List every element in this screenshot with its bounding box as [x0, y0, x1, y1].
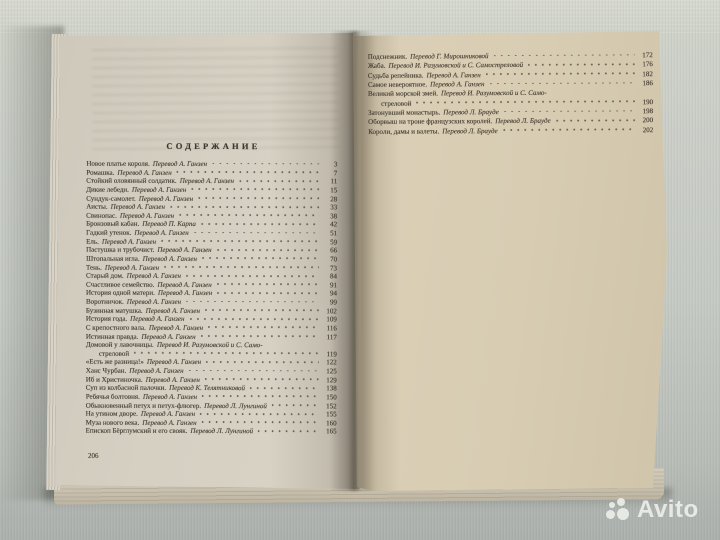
toc-entry-page: 84: [324, 272, 337, 281]
toc-entry-title: Старый дом.: [86, 272, 124, 281]
toc-entry-title: стреловой: [381, 99, 411, 109]
toc-entry-page: 165: [324, 428, 337, 437]
contents-list-left: Новое платье короля.Перевод А. Ганзен3Ро…: [86, 160, 338, 437]
toc-entry-title: Тень.: [86, 263, 102, 272]
toc-entry-translator: Перевод А. Ганзен: [105, 263, 159, 272]
toc-entry-title: Муза нового века.: [86, 418, 140, 427]
toc-entry-page: 150: [324, 393, 337, 402]
dot-leader: [502, 113, 635, 114]
toc-entry-title: «Есть же разница!»: [86, 358, 144, 367]
toc-entry-title: Бронзовый кабан.: [86, 220, 139, 229]
toc-entry-translator: Перевод А. Ганзен: [180, 177, 234, 186]
toc-entry-title: Самое невероятное.: [368, 81, 427, 91]
toc-entry-title: Судьба репейника.: [368, 71, 424, 81]
toc-entry-page: 138: [324, 385, 337, 394]
toc-entry-translator: Перевод К. Телятниковой: [169, 384, 245, 393]
toc-entry-title: Стойкий оловянный солдатик.: [86, 177, 176, 186]
toc-entry-page: 202: [640, 126, 653, 135]
toc-entry-page: 125: [324, 367, 337, 376]
toc-entry-translator: Перевод А. Ганзен: [132, 186, 186, 195]
dot-leader: [501, 132, 635, 133]
toc-entry-title: Сундук-самолет.: [86, 194, 136, 203]
toc-entry-page: 3: [324, 160, 337, 169]
toc-entry-translator: Перевод И. Разумовской и С. Само-: [157, 341, 263, 350]
contents-list-right: Подснежник.Перевод Г. Мирошниковой172Жаб…: [368, 51, 654, 137]
toc-entry-page: 66: [324, 247, 337, 256]
toc-entry-page: 42: [324, 221, 337, 230]
toc-entry-title: Дикие лебеди.: [86, 186, 129, 195]
toc-entry-page: 28: [324, 195, 337, 204]
toc-entry-title: С крепостного вала.: [86, 324, 146, 333]
dot-leader: [492, 57, 635, 58]
toc-entry-translator: Перевод А. Ганзен: [117, 168, 171, 177]
toc-entry-translator: Перевод Л. Брауде: [443, 108, 499, 118]
toc-entry-page: 11: [324, 178, 337, 187]
toc-entry-page: 99: [324, 298, 337, 307]
toc-entry-translator: Перевод А. Ганзен: [127, 298, 181, 307]
toc-entry-title: Штопальная игла.: [86, 255, 140, 264]
watermark: Avito: [606, 496, 699, 524]
left-page-number: 206: [88, 452, 99, 460]
toc-entry-translator: Перевод А. Ганзен: [143, 393, 197, 402]
toc-entry-page: 200: [640, 117, 653, 126]
toc-entry-page: 117: [324, 333, 337, 342]
toc-entry-title: Ромашка.: [86, 168, 114, 177]
toc-entry-page: 70: [324, 255, 337, 264]
toc-entry-title: Бузинная матушка.: [86, 306, 143, 315]
toc-entry-page: 94: [324, 290, 337, 299]
toc-entry-page: 59: [324, 238, 337, 247]
contents-right-column: Подснежник.Перевод Г. Мирошниковой172Жаб…: [368, 51, 654, 137]
toc-entry-translator: Перевод И. Разумовской и С. Самострелово…: [388, 61, 523, 71]
toc-entry-page: 186: [640, 79, 653, 88]
avito-wordmark: Avito: [637, 496, 699, 524]
toc-entry-translator: Перевод А. Ганзен: [430, 80, 484, 90]
dot-leader: [414, 104, 635, 105]
toc-entry-page: 190: [640, 98, 653, 107]
toc-entry-translator: Перевод А. Ганзен: [143, 255, 197, 264]
toc-entry-title: Истинная правда.: [86, 332, 138, 341]
toc-entry-page: 129: [324, 376, 337, 385]
toc-entry-translator: Перевод А. Ганзен: [141, 332, 195, 341]
toc-entry-title: Подснежник.: [368, 53, 407, 63]
toc-entry-title: История года.: [86, 315, 127, 324]
toc-entry-page: 102: [324, 307, 337, 316]
avito-logo-dot: [617, 508, 629, 520]
toc-entry-translator: Перевод А. Ганзен: [111, 203, 165, 212]
toc-entry-page: 33: [324, 203, 337, 212]
toc-entry-title: История одной матери.: [86, 289, 155, 298]
toc-entry-title: Счастливое семейство.: [86, 280, 154, 289]
toc-entry-translator: Перевод А. Ганзен: [146, 306, 200, 315]
toc-entry-translator: Перевод А. Ганзен: [142, 419, 196, 428]
toc-entry-page: 176: [640, 60, 653, 69]
toc-entry-title: Домовой у лавочницы.: [86, 341, 154, 350]
toc-entry: Епископ Бёрглумский и его свояк.Перевод …: [86, 427, 337, 436]
dot-leader: [484, 76, 635, 77]
toc-entry-title: На утином дворе.: [86, 410, 138, 419]
toc-entry-translator: Перевод П. Карпа: [142, 220, 196, 229]
toc-entry-page: 51: [324, 229, 337, 238]
toc-entry-translator: Перевод А. Ганзен: [129, 367, 183, 376]
toc-entry-title: Ель.: [86, 237, 99, 246]
toc-entry-page: 38: [324, 212, 337, 221]
toc-entry-translator: Перевод А. Ганзен: [127, 272, 181, 281]
toc-entry-translator: Перевод А. Ганзен: [139, 194, 193, 203]
toc-entry-title: Ханс Чурбан.: [86, 367, 127, 376]
toc-entry-translator: Перевод А. Ганзен: [130, 315, 184, 324]
toc-entry-page: 155: [324, 410, 337, 419]
show-through-text: [92, 47, 339, 151]
toc-entry-page: 15: [324, 186, 337, 195]
toc-entry-translator: Перевод А. Ганзен: [149, 324, 203, 333]
toc-entry-title: Аисты.: [86, 203, 107, 212]
toc-entry-title: Епископ Бёрглумский и его свояк.: [86, 427, 188, 436]
toc-entry-translator: Перевод Л. Лунгиной: [204, 401, 267, 410]
toc-entry-translator: Перевод А. Ганзен: [141, 410, 195, 419]
toc-entry-translator: Перевод А. Ганзен: [157, 281, 211, 290]
avito-logo-dot: [609, 502, 615, 508]
book-photo: СОДЕРЖАНИЕ Новое платье короля.Перевод А…: [0, 0, 720, 540]
toc-entry-title: Новое платье короля.: [86, 160, 149, 169]
toc-entry-translator: Перевод А. Ганзен: [426, 71, 480, 81]
toc-entry-page: 7: [324, 169, 337, 178]
toc-entry-translator: Перевод А. Ганзен: [158, 289, 212, 298]
toc-entry-title: Воротничок.: [86, 298, 124, 307]
toc-entry-translator: Перевод А. Ганзен: [147, 358, 201, 367]
toc-entry-page: 109: [324, 316, 337, 325]
dot-leader: [526, 67, 635, 68]
toc-entry-title: Великий морской змей.: [368, 90, 438, 100]
toc-entry-translator: Перевод А. Ганзен: [102, 237, 156, 246]
toc-entry-title: Пастушка и трубочист.: [86, 246, 154, 255]
toc-entry-translator: Перевод А. Ганзен: [146, 375, 200, 384]
toc-entry-translator: Перевод Л. Брауде: [495, 117, 551, 127]
toc-entry-title: Короли, дамы и валеты.: [368, 127, 439, 137]
toc-entry-page: 73: [324, 264, 337, 273]
toc-entry-title: Суп из колбасной палочки.: [86, 384, 166, 393]
toc-entry-title: Жаба.: [368, 62, 386, 71]
avito-logo-icon: [606, 498, 630, 522]
contents-left-column: СОДЕРЖАНИЕ Новое платье короля.Перевод А…: [86, 141, 338, 437]
toc-entry-translator: Перевод А. Ганзен: [120, 212, 174, 221]
toc-entry-page: 152: [324, 402, 337, 411]
toc-entry-translator: Перевод Г. Мирошниковой: [410, 52, 488, 62]
toc-entry-title: стреловой: [99, 349, 129, 358]
toc-entry-title: Затонувший монастырь.: [368, 108, 440, 118]
toc-entry-translator: Перевод А. Ганзен: [134, 229, 188, 238]
toc-entry-translator: Перевод Л. Лунгиной: [190, 427, 253, 436]
toc-entry-page: 122: [324, 359, 337, 368]
dot-leader: [487, 85, 634, 86]
avito-logo-dot: [606, 510, 615, 519]
toc-entry-title: Обыкновенный петух и петух-флюгер.: [86, 401, 201, 410]
toc-entry-translator: Перевод Л. Брауде: [442, 127, 498, 137]
toc-entry-page: 172: [640, 51, 653, 60]
avito-logo-dot: [617, 498, 625, 506]
toc-entry-translator: Перевод А. Ганзен: [153, 160, 207, 169]
toc-entry-page: 198: [640, 107, 653, 116]
toc-entry-title: Иб и Христиночка.: [86, 375, 143, 384]
toc-entry-title: Свинопас.: [86, 211, 117, 220]
toc-entry-translator: Перевод И. Разумовской и С. Само-: [441, 89, 547, 99]
toc-entry-page: 91: [324, 281, 337, 290]
toc-entry-translator: Перевод А. Ганзен: [157, 246, 211, 255]
toc-entry-page: 119: [324, 350, 337, 359]
toc-entry-title: Гадкий утенок.: [86, 229, 131, 238]
toc-entry-page: 182: [640, 70, 653, 79]
toc-entry-page: 116: [324, 324, 337, 333]
toc-entry: Короли, дамы и валеты.Перевод Л. Брауде2…: [368, 126, 653, 137]
toc-entry-title: Ребячья болтовня.: [86, 393, 140, 402]
toc-entry-page: 160: [324, 419, 337, 428]
contents-heading: СОДЕРЖАНИЕ: [86, 141, 337, 152]
